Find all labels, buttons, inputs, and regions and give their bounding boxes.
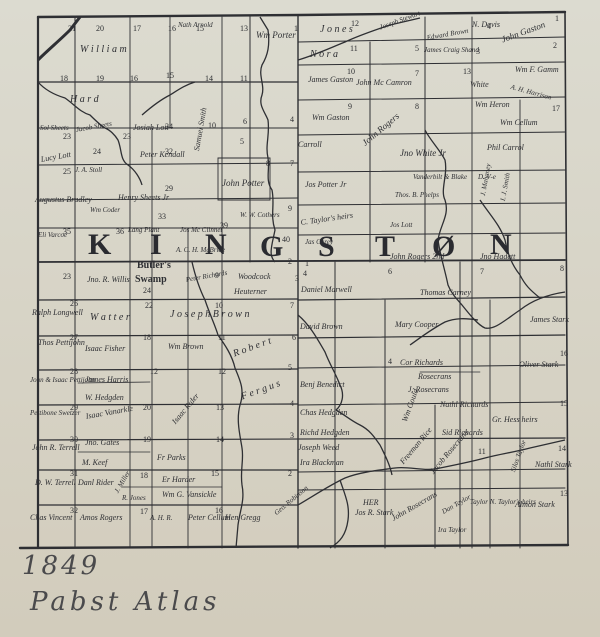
section-number: 11 <box>478 448 486 456</box>
landowner-label: R. Jones <box>122 493 146 503</box>
landowner-label: Henry Sheets Jr <box>118 193 169 203</box>
landowner-label: Almon Stark <box>515 500 555 510</box>
landowner-label: Wm Heron <box>475 100 510 110</box>
landowner-label: James Harris <box>85 375 128 385</box>
section-number: 24 <box>143 287 151 295</box>
section-number: 10 <box>208 122 216 130</box>
landowner-label: John R. Terrell <box>32 443 80 453</box>
landowner-label: Ira Blackman <box>300 458 344 468</box>
landowner-label: Rosecrans <box>418 372 451 382</box>
landowner-label: D. W. Terrell <box>35 478 76 488</box>
landowner-label: Chas Vincent <box>30 513 72 523</box>
landowner-label: John Potter <box>222 178 264 188</box>
handwritten-atlas-caption: Pabst Atlas <box>30 588 220 616</box>
section-number: 4 <box>303 270 307 278</box>
landowner-label: W a t t e r <box>90 313 130 323</box>
section-number: 5 <box>288 364 292 372</box>
landowner-label: Wm Porter <box>256 30 296 40</box>
section-number: 16 <box>130 75 138 83</box>
section-number: 16 <box>560 350 568 358</box>
section-number: 35 <box>63 228 71 236</box>
section-number: 33 <box>158 213 166 221</box>
landowner-label: Cor Richards <box>400 358 443 368</box>
landowner-label: W. Hedgden <box>85 393 124 403</box>
landowner-label: Joseph Weed <box>298 443 339 453</box>
section-number: 6 <box>388 268 392 276</box>
landowner-label: Lang Plant <box>128 225 159 235</box>
landowner-label: John Mc Camron <box>356 78 412 88</box>
section-number: 12 <box>150 368 158 376</box>
section-number: 13 <box>216 404 224 412</box>
section-number: 27 <box>70 334 78 342</box>
landowner-label: J. A. Stoll <box>75 165 102 175</box>
landowner-label: Wm G. Vansickle <box>162 490 216 500</box>
section-number: 26 <box>70 300 78 308</box>
landowner-label: White <box>470 80 489 90</box>
section-number: 23 <box>123 133 131 141</box>
section-number: 9 <box>288 205 292 213</box>
section-number: 30 <box>70 436 78 444</box>
section-number: 10 <box>347 68 355 76</box>
section-number: 1 <box>555 15 559 23</box>
section-number: 16 <box>215 507 223 515</box>
landowner-label: Wm F. Gamm <box>515 65 559 75</box>
section-number: 19 <box>96 75 104 83</box>
section-number: 5 <box>240 138 244 146</box>
section-number: 24 <box>93 148 101 156</box>
section-number: 18 <box>140 472 148 480</box>
landowner-label: Daniel Marwell <box>301 285 352 295</box>
section-number: 8 <box>560 265 564 273</box>
landowner-label: Mary Cooper <box>395 320 438 330</box>
landowner-label: Jos R. Stark <box>355 508 393 518</box>
section-number: 15 <box>166 72 174 80</box>
section-number: 2 <box>288 258 292 266</box>
landowner-label: W. W. Cothers <box>240 210 280 220</box>
landowner-label: Benj Benedict <box>300 380 345 390</box>
section-number: 3 <box>290 432 294 440</box>
section-number: 20 <box>143 404 151 412</box>
landowner-label: Phil Carrol <box>487 143 524 153</box>
section-number: 31 <box>70 470 78 478</box>
section-number: 23 <box>63 273 71 281</box>
landowner-label: Thos. B. Phelps <box>395 190 439 200</box>
section-number: 20 <box>96 25 104 33</box>
landowner-label: N o r a <box>310 50 338 60</box>
landowner-label: Nathl Stark <box>535 460 572 470</box>
section-number: 29 <box>165 185 173 193</box>
landowner-label: Vanderbilt & Blake <box>413 172 467 182</box>
section-number: 5 <box>415 45 419 53</box>
section-number: 4 <box>290 116 294 124</box>
section-number: 12 <box>218 368 226 376</box>
section-number: 32 <box>165 148 173 156</box>
section-number: 19 <box>143 436 151 444</box>
section-number: 1 <box>305 260 309 268</box>
landowner-label: Hen Gregg <box>225 513 260 523</box>
landowner-label: Isaac Fisher <box>85 344 125 354</box>
section-number: 22 <box>145 302 153 310</box>
landowner-label: Jno Hadett <box>480 252 515 262</box>
section-number: 6 <box>243 118 247 126</box>
section-number: 3 <box>476 48 480 56</box>
section-number: 7 <box>480 268 484 276</box>
landowner-label: Richd Hedgden <box>300 428 350 438</box>
landowner-label: Er Harder <box>162 475 195 485</box>
section-number: 2 <box>553 42 557 50</box>
landowner-label: Oliver Stark <box>519 360 558 370</box>
landowner-label: David Brown <box>300 322 343 332</box>
section-number: 2 <box>288 470 292 478</box>
section-number: 11 <box>218 334 226 342</box>
section-number: 9 <box>215 272 219 280</box>
section-number: 11 <box>240 75 248 83</box>
landowner-label: M. Keef <box>82 458 107 468</box>
landowner-label: Carroll <box>298 140 322 150</box>
section-number: 13 <box>560 490 568 498</box>
landowner-label: Thomas Carney <box>420 288 471 298</box>
section-number: 28 <box>70 368 78 376</box>
section-number: 17 <box>140 508 148 516</box>
landowner-label: H a r d <box>70 95 99 105</box>
landowner-label: Josiah Lott <box>133 123 169 133</box>
section-number: 10 <box>215 302 223 310</box>
section-number: 32 <box>70 507 78 515</box>
section-number: 34 <box>165 123 173 131</box>
landowner-label: W i l l i a m <box>80 45 127 55</box>
section-number: 13 <box>463 68 471 76</box>
section-number: 36 <box>116 228 124 236</box>
landowner-label: N. Davis <box>472 20 500 30</box>
section-number: 29 <box>70 404 78 412</box>
section-number: 39 <box>220 222 228 230</box>
section-number: 14 <box>216 436 224 444</box>
section-number: 11 <box>350 45 358 53</box>
landowner-label: J o n e s <box>320 25 353 35</box>
section-number: 40 <box>282 236 290 244</box>
title-letter: K <box>88 230 111 260</box>
landowner-label: A. C. H. McBride <box>176 245 225 255</box>
landowner-label: Nathl Richards <box>440 400 488 410</box>
landowner-label: Jno White Jr <box>400 148 446 158</box>
landowner-label: John Rogers 2nd <box>390 252 444 262</box>
landowner-label: Ira Taylor <box>438 525 466 535</box>
landowner-label: Butler's <box>137 261 171 271</box>
handwritten-year: 1849 <box>22 552 100 580</box>
landowner-label: A. H. R. <box>150 513 172 523</box>
section-number: 21 <box>68 25 76 33</box>
section-number: 23 <box>63 133 71 141</box>
landowner-label: Wm Coder <box>90 205 120 215</box>
section-number: 15 <box>196 25 204 33</box>
landowner-label: Wm Cellum <box>500 118 538 128</box>
plat-map: KINGSTØN Nath ArnoldWm PorterW i l l i a… <box>0 0 600 560</box>
landowner-label: Peter Kendall <box>140 150 185 160</box>
section-number: 1 <box>294 25 298 33</box>
landowner-label: Jos Mc Clinnet <box>180 225 222 235</box>
section-number: 9 <box>348 103 352 111</box>
section-number: 18 <box>143 334 151 342</box>
landowner-label: Heuterner <box>234 287 267 297</box>
section-number: 8 <box>415 103 419 111</box>
title-letter: G <box>260 232 283 262</box>
section-number: 17 <box>552 105 560 113</box>
section-number: 6 <box>292 334 296 342</box>
section-number: 12 <box>351 20 359 28</box>
landowner-label: Fr Parks <box>157 453 186 463</box>
landowner-label: Jos Potter Jr <box>305 180 346 190</box>
landowner-label: Jos Lott <box>390 220 412 230</box>
landowner-label: Swamp <box>135 275 167 285</box>
section-number: 18 <box>60 75 68 83</box>
section-number: 17 <box>133 25 141 33</box>
landowner-label: Danl Rider <box>78 478 114 488</box>
landowner-label: Augustus Bradley <box>35 195 92 205</box>
landowner-label: Gr. Hess heirs <box>492 415 538 425</box>
landowner-label: Chas Hedgden <box>300 408 347 418</box>
section-number: 15 <box>211 470 219 478</box>
landowner-label: Wm Gaston <box>312 113 350 123</box>
landowner-label: Jas Carey <box>305 237 333 247</box>
landowner-label: Jno. R. Willis <box>87 275 130 285</box>
section-number: 3 <box>295 275 299 283</box>
section-number: 8 <box>266 160 270 168</box>
section-number: 14 <box>558 445 566 453</box>
landowner-label: Ralph Longwell <box>32 308 83 318</box>
section-number: 4 <box>487 23 491 31</box>
landowner-label: Amos Rogers <box>80 513 122 523</box>
section-number: 13 <box>240 25 248 33</box>
landowner-label: James Stark <box>530 315 569 325</box>
landowner-label: Wm Brown <box>168 342 203 352</box>
section-number: 7 <box>290 302 294 310</box>
landowner-label: Woodcock <box>238 272 271 282</box>
landowner-label: James Craig Shand <box>424 45 479 55</box>
section-number: 7 <box>290 160 294 168</box>
section-number: 4 <box>290 400 294 408</box>
landowner-label: HER <box>363 498 379 508</box>
section-number: 4 <box>388 358 392 366</box>
landowner-label: J o s e p h B r o w n <box>170 310 249 320</box>
section-number: 16 <box>168 25 176 33</box>
section-number: 14 <box>205 75 213 83</box>
landowner-label: James Gaston <box>308 75 353 85</box>
section-number: 25 <box>63 168 71 176</box>
section-number: 7 <box>415 70 419 78</box>
landowner-label: Jno. Gates <box>85 438 119 448</box>
section-number: 15 <box>560 400 568 408</box>
